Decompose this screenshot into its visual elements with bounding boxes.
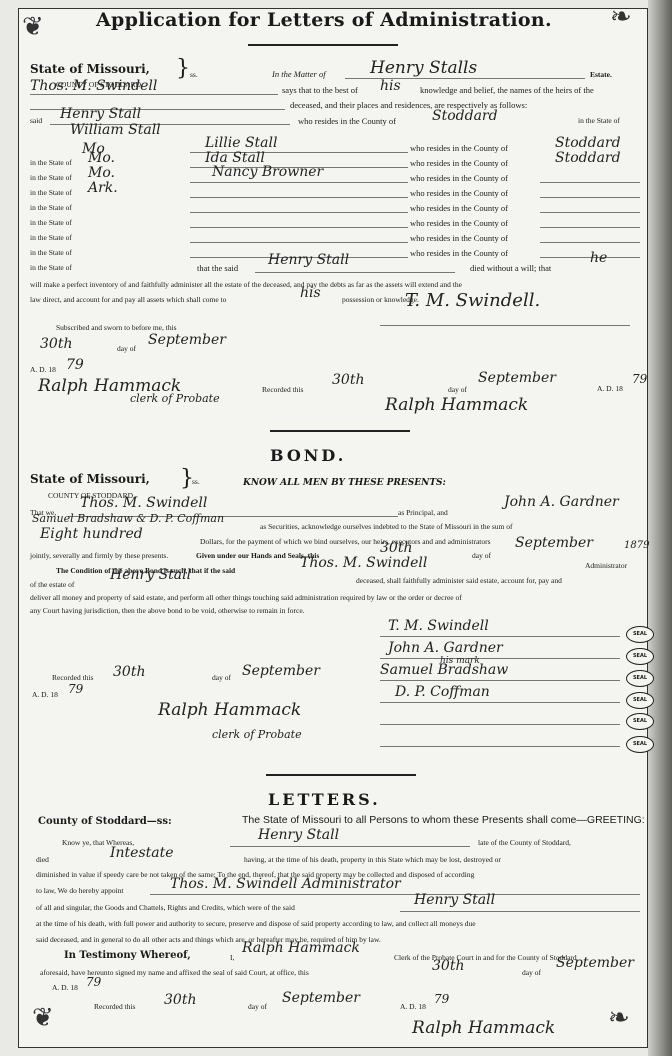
office-day: 30th xyxy=(432,958,464,974)
day-of-label: day of xyxy=(117,344,136,353)
recorded-day: 30th xyxy=(332,372,364,388)
line xyxy=(190,197,408,198)
given-year: 1879 xyxy=(624,540,649,551)
clerk-text: Clerk of the Probate Court in and for th… xyxy=(394,953,577,962)
administrator-name: Thos. M. Swindell xyxy=(300,555,427,571)
ad-label: A. D. 18 xyxy=(30,365,56,374)
seal-icon: SEAL xyxy=(626,713,654,730)
recorded-month: September xyxy=(478,370,556,386)
county-label: who resides in the County of xyxy=(410,203,508,213)
subscribed-text: Subscribed and sworn to before me, this xyxy=(56,323,177,332)
administrator-label: Administrator xyxy=(585,561,627,570)
heir-left: Henry Stall xyxy=(60,106,141,122)
clerk-title: clerk of Probate xyxy=(212,728,302,741)
heir-left: William Stall xyxy=(70,122,161,138)
court-text: any Court having jurisdiction, then the … xyxy=(30,606,305,615)
signature: T. M. Swindell xyxy=(388,618,489,634)
ad-label: A. D. 18 xyxy=(32,690,58,699)
given-day: 30th xyxy=(380,540,412,556)
says-text: says that to the best of xyxy=(282,85,358,95)
line xyxy=(190,182,408,183)
signature-line xyxy=(380,680,620,681)
state-label: in the State of xyxy=(30,203,72,212)
said-label: said xyxy=(30,116,42,125)
having-text: having, at the time of his death, proper… xyxy=(244,855,501,864)
heir-county: Stoddard xyxy=(432,108,498,124)
seal-icon: SEAL xyxy=(626,626,654,643)
day-of-label: day of xyxy=(248,1002,267,1011)
given-month: September xyxy=(515,535,593,551)
intestate-text: Intestate xyxy=(110,845,174,861)
page-edge-shadow xyxy=(648,0,672,1056)
line xyxy=(150,894,640,895)
county-label: who resides in the County of xyxy=(410,173,508,183)
signature: Samuel Bradshaw xyxy=(380,662,508,678)
to-law-text: to law, We do hereby appoint xyxy=(36,886,124,895)
ss-label: ss. xyxy=(192,477,200,486)
signature-line xyxy=(380,325,630,326)
county-label: who resides in the County of xyxy=(410,218,508,228)
recorded-day: 30th xyxy=(164,992,196,1008)
sureties-names: Samuel Bradshaw & D. P. Coffman xyxy=(32,512,224,525)
as-principal-text: as Principal, and xyxy=(398,508,448,517)
ss-label: ss. xyxy=(190,70,198,79)
state-label: in the State of xyxy=(30,263,72,272)
i-label: I, xyxy=(230,953,234,962)
line xyxy=(540,242,640,243)
recorded-label: Recorded this xyxy=(52,673,93,682)
pronoun-his: his xyxy=(380,78,401,94)
recorded-month: September xyxy=(282,990,360,1006)
inventory-text: will make a perfect inventory of and fai… xyxy=(30,280,462,289)
county-label: who resides in the County of xyxy=(298,116,396,126)
bond-title: BOND. xyxy=(270,446,346,465)
sworn-month: September xyxy=(148,332,226,348)
recorded-month: September xyxy=(242,663,320,679)
section-rule xyxy=(270,430,410,432)
recorded-year: 79 xyxy=(68,682,83,696)
line xyxy=(400,911,640,912)
line xyxy=(540,182,640,183)
estate-name: Henry Stall xyxy=(110,567,191,583)
said-name: Henry Stall xyxy=(414,892,495,908)
died-text: died without a will; that xyxy=(470,263,551,273)
corner-ornament-top-right: ❧ xyxy=(610,4,632,30)
that-the-said: that the said xyxy=(197,263,238,273)
seal-icon: SEAL xyxy=(626,692,654,709)
line xyxy=(540,227,640,228)
heir-county: Stoddard xyxy=(555,135,621,151)
dollars-text: Dollars, for the payment of which we bin… xyxy=(200,537,491,546)
recorded-label: Recorded this xyxy=(262,385,303,394)
line xyxy=(190,212,408,213)
state-label: in the State of xyxy=(578,116,620,125)
applicant-name: Thos. M. Swindell xyxy=(30,78,157,94)
day-of-label: day of xyxy=(472,551,491,560)
state-label: in the State of xyxy=(30,248,72,257)
line xyxy=(540,212,640,213)
state-label: in the State of xyxy=(30,233,72,242)
title-rule xyxy=(248,44,398,46)
signature: D. P. Coffman xyxy=(395,684,490,700)
late-of-text: late of the County of Stoddard, xyxy=(478,838,571,847)
heir-county: Stoddard xyxy=(555,150,621,166)
day-of-label: day of xyxy=(212,673,231,682)
at-time-text: at the time of his death, with full powe… xyxy=(36,919,476,928)
heir-name: Lillie Stall xyxy=(205,135,277,151)
deceased-name: Henry Stall xyxy=(258,827,339,843)
day-of-label: day of xyxy=(448,385,467,394)
matter-name: Henry Stalls xyxy=(370,58,477,78)
know-all-text: KNOW ALL MEN BY THESE PRESENTS: xyxy=(243,478,446,488)
of-all-text: of all and singular, the Goods and Chatt… xyxy=(36,903,295,912)
died-name: Henry Stall xyxy=(268,252,349,268)
county-label: who resides in the County of xyxy=(410,188,508,198)
signature-line xyxy=(380,746,620,747)
principal-name: Thos. M. Swindell xyxy=(80,495,207,511)
aforesaid-text: aforesaid, have hereunto signed my name … xyxy=(40,968,309,977)
died-label: died xyxy=(36,855,49,864)
heir-name: Nancy Browner xyxy=(212,164,323,180)
clerk-name: Ralph Hammack xyxy=(242,940,360,956)
deliver-text: deliver all money and property of said e… xyxy=(30,593,462,602)
signature-line xyxy=(380,724,620,725)
county-label: who resides in the County of xyxy=(410,248,508,258)
recorded-year: 79 xyxy=(632,372,647,386)
line xyxy=(190,227,408,228)
ad-label: A. D. 18 xyxy=(52,983,78,992)
greeting-text: The State of Missouri to all Persons to … xyxy=(242,814,645,826)
in-testimony-label: In Testimony Whereof, xyxy=(64,950,191,961)
heir-state: Ark. xyxy=(88,180,118,196)
sworn-day: 30th xyxy=(40,336,72,352)
heir-state: Mo. xyxy=(88,165,115,181)
heir-state: Mo. xyxy=(88,150,115,166)
securities-text: as Securities, acknowledge ourselves ind… xyxy=(260,522,512,531)
office-month: September xyxy=(556,955,634,971)
appointee: Thos. M. Swindell Administrator xyxy=(170,876,401,892)
pronoun-he: he xyxy=(590,250,607,266)
clerk-signature: Ralph Hammack xyxy=(158,700,301,720)
knowledge-text: knowledge and belief, the names of the h… xyxy=(420,85,594,95)
state-label: in the State of xyxy=(30,218,72,227)
sworn-year: 79 xyxy=(66,357,84,373)
signature: John A. Gardner xyxy=(388,640,503,656)
signature-line xyxy=(380,702,620,703)
corner-ornament-bottom-left: ❦ xyxy=(32,1005,54,1031)
line xyxy=(540,197,640,198)
corner-ornament-bottom-right: ❧ xyxy=(608,1005,630,1031)
letters-title: LETTERS. xyxy=(268,790,381,809)
seal-icon: SEAL xyxy=(626,670,654,687)
ad-label: A. D. 18 xyxy=(597,384,623,393)
line xyxy=(190,242,408,243)
brace: } xyxy=(176,58,190,80)
recorder-signature: Ralph Hammack xyxy=(385,395,528,415)
state-label: in the State of xyxy=(30,188,72,197)
seal-icon: SEAL xyxy=(626,648,654,665)
state-label: in the State of xyxy=(30,173,72,182)
state-label: in the State of xyxy=(30,158,72,167)
deceased-text: deceased, shall faithfully administer sa… xyxy=(356,576,562,585)
county-label: who resides in the County of xyxy=(410,143,508,153)
day-of-label: day of xyxy=(522,968,541,977)
signature-line xyxy=(380,636,620,637)
signature-line xyxy=(380,658,620,659)
final-signature: Ralph Hammack xyxy=(412,1018,555,1038)
recorded-day: 30th xyxy=(113,664,145,680)
applicant-signature: T. M. Swindell. xyxy=(405,290,540,311)
recorded-label: Recorded this xyxy=(94,1002,135,1011)
applicant-line xyxy=(30,94,278,95)
corner-ornament-top-left: ❦ xyxy=(22,14,44,40)
line xyxy=(255,272,455,273)
estate-label: Estate. xyxy=(590,70,612,79)
state-heading: State of Missouri, xyxy=(30,62,150,76)
year: 79 xyxy=(86,975,101,989)
application-title: Application for Letters of Administratio… xyxy=(96,9,552,31)
section-rule xyxy=(266,774,416,776)
county-heading: County of Stoddard—ss: xyxy=(38,816,172,827)
in-matter-label: In the Matter of xyxy=(272,69,326,79)
bond-amount: Eight hundred xyxy=(40,526,143,542)
county-label: who resides in the County of xyxy=(410,158,508,168)
law-text: law direct, and account for and pay all … xyxy=(30,295,226,304)
ad-label: A. D. 18 xyxy=(400,1002,426,1011)
seal-icon: SEAL xyxy=(626,736,654,753)
state-heading: State of Missouri, xyxy=(30,472,150,486)
estate-of-text: of the estate of xyxy=(30,580,74,589)
clerk-title: clerk of Probate xyxy=(130,392,220,405)
jointly-text: jointly, severally and firmly by these p… xyxy=(30,551,168,560)
recorded-year: 79 xyxy=(434,992,449,1006)
surety-name: John A. Gardner xyxy=(504,494,619,510)
line xyxy=(230,846,470,847)
county-label: who resides in the County of xyxy=(410,233,508,243)
pronoun-his: his xyxy=(300,285,321,301)
